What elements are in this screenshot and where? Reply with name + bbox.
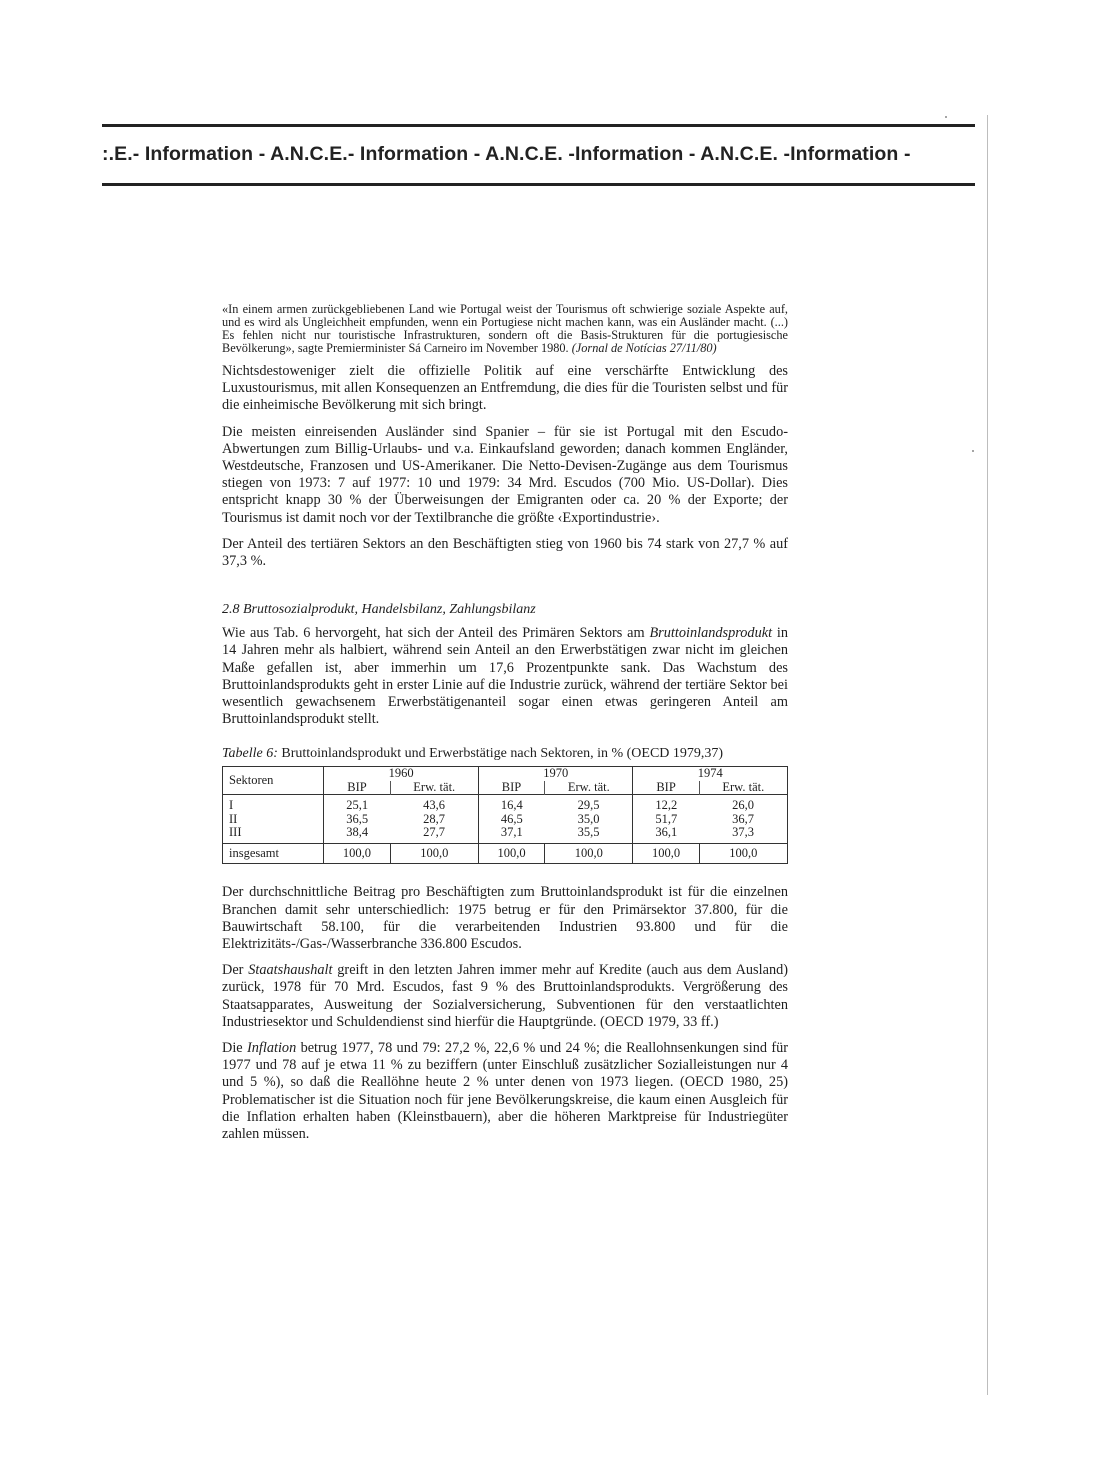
cell: 100,0 <box>324 843 390 864</box>
cell: 36,1 <box>633 826 699 843</box>
cell: 36,5 <box>324 813 390 827</box>
cell: 29,5 <box>545 795 633 813</box>
cell: 26,0 <box>699 795 787 813</box>
cell: 12,2 <box>633 795 699 813</box>
cell: 36,7 <box>699 813 787 827</box>
cell: 27,7 <box>390 826 478 843</box>
cell-sector: I <box>223 795 324 813</box>
cell-sector: insgesamt <box>223 843 324 864</box>
text-run-italic: Inflation <box>247 1040 296 1056</box>
page-edge-line <box>987 115 988 1395</box>
header-rule-bottom <box>102 183 975 186</box>
data-table: Sektoren 1960 1970 1974 BIP Erw. tät. BI… <box>222 766 788 864</box>
table-row: II 36,5 28,7 46,5 35,0 51,7 36,7 <box>223 813 788 827</box>
paragraph-inflation: Die Inflation betrug 1977, 78 und 79: 27… <box>222 1040 788 1143</box>
paragraph-staatshaushalt: Der Staatshaushalt greift in den letzten… <box>222 962 788 1031</box>
table-caption-text: Bruttoinlandsprodukt und Erwerbstätige n… <box>278 746 723 761</box>
col-header-sektoren: Sektoren <box>223 767 324 795</box>
table-caption-label: Tabelle 6: <box>222 746 278 761</box>
paragraph-luxustourismus: Nichtsdestoweniger zielt die offizielle … <box>222 363 788 415</box>
cell: 35,0 <box>545 813 633 827</box>
quote-block: «In einem armen zurückgebliebenen Land w… <box>222 303 788 355</box>
table-caption: Tabelle 6: Bruttoinlandsprodukt und Erwe… <box>222 746 788 762</box>
cell: 16,4 <box>478 795 544 813</box>
col-header-erw: Erw. tät. <box>699 781 787 795</box>
cell: 100,0 <box>478 843 544 864</box>
table-row: I 25,1 43,6 16,4 29,5 12,2 26,0 <box>223 795 788 813</box>
cell: 51,7 <box>633 813 699 827</box>
col-header-erw: Erw. tät. <box>390 781 478 795</box>
cell: 35,5 <box>545 826 633 843</box>
paragraph-auslaender: Die meisten einreisenden Ausländer sind … <box>222 424 788 527</box>
paragraph-tertiaer: Der Anteil des tertiären Sektors an den … <box>222 536 788 570</box>
page-content: «In einem armen zurückgebliebenen Land w… <box>222 303 788 1152</box>
text-run-italic: Bruttoinlandsprodukt <box>649 625 772 641</box>
paragraph-beitrag: Der durchschnittliche Beitrag pro Beschä… <box>222 884 788 953</box>
col-header-year: 1960 <box>324 767 479 781</box>
cell: 37,3 <box>699 826 787 843</box>
col-header-year: 1974 <box>633 767 788 781</box>
cell-sector: III <box>223 826 324 843</box>
cell: 100,0 <box>545 843 633 864</box>
cell: 100,0 <box>699 843 787 864</box>
text-run-italic: Staatshaushalt <box>248 962 332 978</box>
scan-speck <box>972 450 974 452</box>
section-heading: 2.8 Bruttosozialprodukt, Handelsbilanz, … <box>222 602 788 618</box>
table-header-row: Sektoren 1960 1970 1974 <box>223 767 788 781</box>
text-run: Der <box>222 962 248 978</box>
cell: 43,6 <box>390 795 478 813</box>
cell: 38,4 <box>324 826 390 843</box>
text-run: Die <box>222 1040 247 1056</box>
cell: 100,0 <box>390 843 478 864</box>
cell: 46,5 <box>478 813 544 827</box>
text-run: Wie aus Tab. 6 hervorgeht, hat sich der … <box>222 625 649 641</box>
col-header-bip: BIP <box>633 781 699 795</box>
paragraph-tab6: Wie aus Tab. 6 hervorgeht, hat sich der … <box>222 625 788 728</box>
col-header-bip: BIP <box>324 781 390 795</box>
table-row: III 38,4 27,7 37,1 35,5 36,1 37,3 <box>223 826 788 843</box>
col-header-erw: Erw. tät. <box>545 781 633 795</box>
cell: 37,1 <box>478 826 544 843</box>
col-header-bip: BIP <box>478 781 544 795</box>
col-header-year: 1970 <box>478 767 633 781</box>
header-banner: :.E.- Information - A.N.C.E.- Informatio… <box>102 143 982 166</box>
quote-source: (Jornal de Notícias 27/11/80) <box>572 341 717 355</box>
cell: 25,1 <box>324 795 390 813</box>
scan-speck <box>945 116 947 118</box>
text-run: betrug 1977, 78 und 79: 27,2 %, 22,6 % u… <box>222 1040 788 1142</box>
cell: 100,0 <box>633 843 699 864</box>
cell-sector: II <box>223 813 324 827</box>
table-total-row: insgesamt 100,0 100,0 100,0 100,0 100,0 … <box>223 843 788 864</box>
cell: 28,7 <box>390 813 478 827</box>
header-rule-top <box>102 124 975 127</box>
